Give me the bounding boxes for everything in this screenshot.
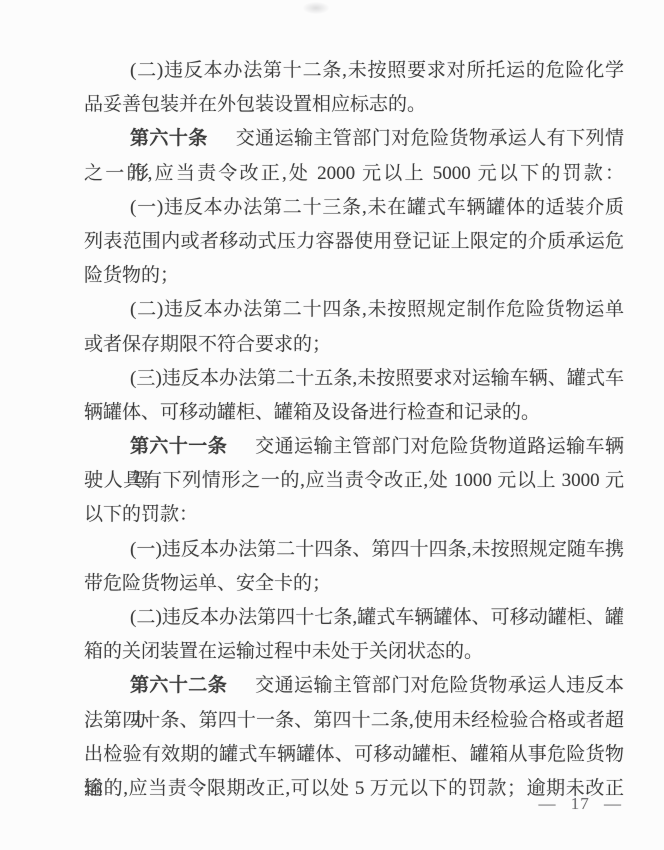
text-line: (三)违反本办法第二十五条,未按照要求对运输车辆、罐式车 — [84, 362, 624, 396]
article-61-heading-line: 第六十一条交通运输主管部门对危险货物道路运输车辆驾 — [84, 430, 624, 464]
article-number: 第六十二条 — [130, 675, 227, 696]
page-number: — 17 — — [539, 794, 623, 814]
text-line: 箱的关闭装置在运输过程中未处于关闭状态的。 — [84, 635, 624, 669]
text-line: (二)违反本办法第二十四条,未按照规定制作危险货物运单 — [84, 293, 624, 327]
article-number: 第六十条 — [130, 128, 208, 149]
text-line: 法第四十条、第四十一条、第四十二条,使用未经检验合格或者超 — [84, 704, 624, 738]
text-line: 之一的,应当责令改正,处 2000 元以上 5000 元以下的罚款： — [84, 157, 624, 191]
text-line: 品妥善包装并在外包装设置相应标志的。 — [84, 88, 624, 122]
text-line: 辆罐体、可移动罐柜、罐箱及设备进行检查和记录的。 — [84, 396, 624, 430]
text-line: 以下的罚款： — [84, 498, 624, 532]
article-number: 第六十一条 — [130, 436, 227, 457]
text-line: 列表范围内或者移动式压力容器使用登记证上限定的介质承运危 — [84, 225, 624, 259]
text-line: 带危险货物运单、安全卡的； — [84, 567, 624, 601]
article-60-heading-line: 第六十条交通运输主管部门对危险货物承运人有下列情形 — [84, 122, 624, 156]
text-line: 险货物的； — [84, 259, 624, 293]
scan-smudge — [303, 2, 329, 14]
text-line: 或者保存期限不符合要求的； — [84, 328, 624, 362]
article-62-heading-line: 第六十二条交通运输主管部门对危险货物承运人违反本办 — [84, 669, 624, 703]
text-line: (一)违反本办法第二十三条,未在罐式车辆罐体的适装介质 — [84, 191, 624, 225]
document-page: (二)违反本办法第十二条,未按照要求对所托运的危险化学 品妥善包装并在外包装设置… — [0, 0, 664, 850]
text-line: (二)违反本办法第四十七条,罐式车辆罐体、可移动罐柜、罐 — [84, 601, 624, 635]
text-line: 驶人具有下列情形之一的,应当责令改正,处 1000 元以上 3000 元 — [84, 464, 624, 498]
document-body: (二)违反本办法第十二条,未按照要求对所托运的危险化学 品妥善包装并在外包装设置… — [84, 54, 624, 806]
text-line: (二)违反本办法第十二条,未按照要求对所托运的危险化学 — [84, 54, 624, 88]
text-line: 出检验有效期的罐式车辆罐体、可移动罐柜、罐箱从事危险货物运 — [84, 738, 624, 772]
text-line: (一)违反本办法第二十四条、第四十四条,未按照规定随车携 — [84, 533, 624, 567]
